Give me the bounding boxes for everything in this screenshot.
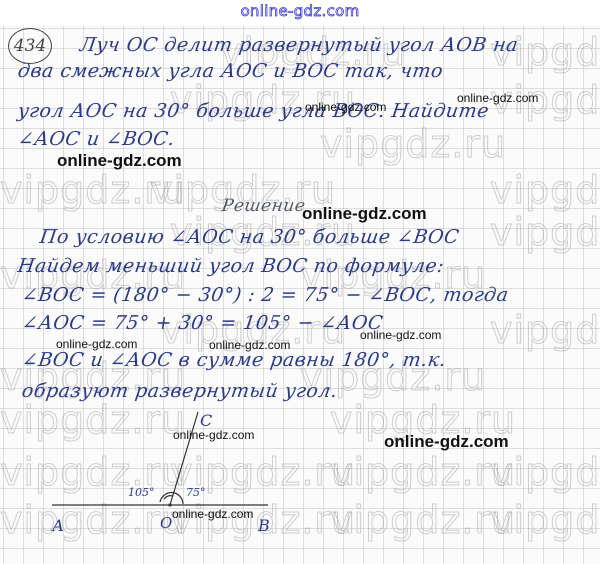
angle-diagram <box>0 380 600 564</box>
problem-line-1: Луч ОС делит развернутый угол АОВ на <box>78 34 519 56</box>
online-gdz-watermark: online-gdz.com <box>56 337 137 351</box>
vipgdz-watermark: vipgdz.ru <box>320 122 506 166</box>
solution-line-5: ∠ВОС и ∠АОС в сумме равны 180°, т.к. <box>20 349 447 371</box>
solution-line-3: ∠ВОС = (180° − 30°) : 2 = 75° − ∠ВОС, то… <box>20 284 510 306</box>
header-watermark: online-gdz.com <box>0 2 600 20</box>
online-gdz-watermark: online-gdz.com <box>457 91 538 105</box>
online-gdz-watermark: online-gdz.com <box>305 100 386 114</box>
angle-label-boc: 75° <box>186 486 206 499</box>
solution-line-1: По условию ∠АОС на 30° больше ∠ВОС <box>38 226 460 248</box>
vipgdz-watermark: vipgdz.ru <box>490 308 600 352</box>
online-gdz-watermark: online-gdz.com <box>360 328 441 342</box>
online-gdz-watermark: online-gdz.com <box>57 151 182 171</box>
problem-number: 434 <box>8 28 52 64</box>
header-strip: online-gdz.com <box>0 0 600 26</box>
label-point-a: А <box>52 516 64 535</box>
solution-line-4: ∠АОС = 75° + 30° = 105° − ∠АОС <box>20 312 384 334</box>
problem-line-4: ∠АОС и ∠ВОС. <box>16 128 176 150</box>
online-gdz-watermark: online-gdz.com <box>173 428 254 442</box>
grid-paper-page: vipgdz.ru vipgdz.ru vipgdz.ru vipgdz.ru … <box>0 0 600 564</box>
angle-label-aoc: 105° <box>128 486 155 499</box>
vipgdz-watermark: vipgdz.ru <box>490 210 600 254</box>
online-gdz-watermark: online-gdz.com <box>384 432 509 452</box>
arc-boc <box>175 493 183 504</box>
label-point-o: О <box>160 514 172 532</box>
online-gdz-watermark: online-gdz.com <box>209 338 290 352</box>
vipgdz-watermark: vipgdz.ru <box>490 168 600 212</box>
online-gdz-watermark: online-gdz.com <box>302 204 427 224</box>
label-point-b: В <box>258 516 270 535</box>
problem-line-2: два смежных угла АОС и ВОС так, что <box>16 60 444 82</box>
online-gdz-watermark: online-gdz.com <box>172 507 253 521</box>
solution-heading: Решение <box>221 196 307 216</box>
problem-line-3: угол АОС на 30° больше угла ВОС. Найдите <box>16 100 490 122</box>
solution-line-2: Найдем меньший угол ВОС по формуле: <box>16 255 445 277</box>
